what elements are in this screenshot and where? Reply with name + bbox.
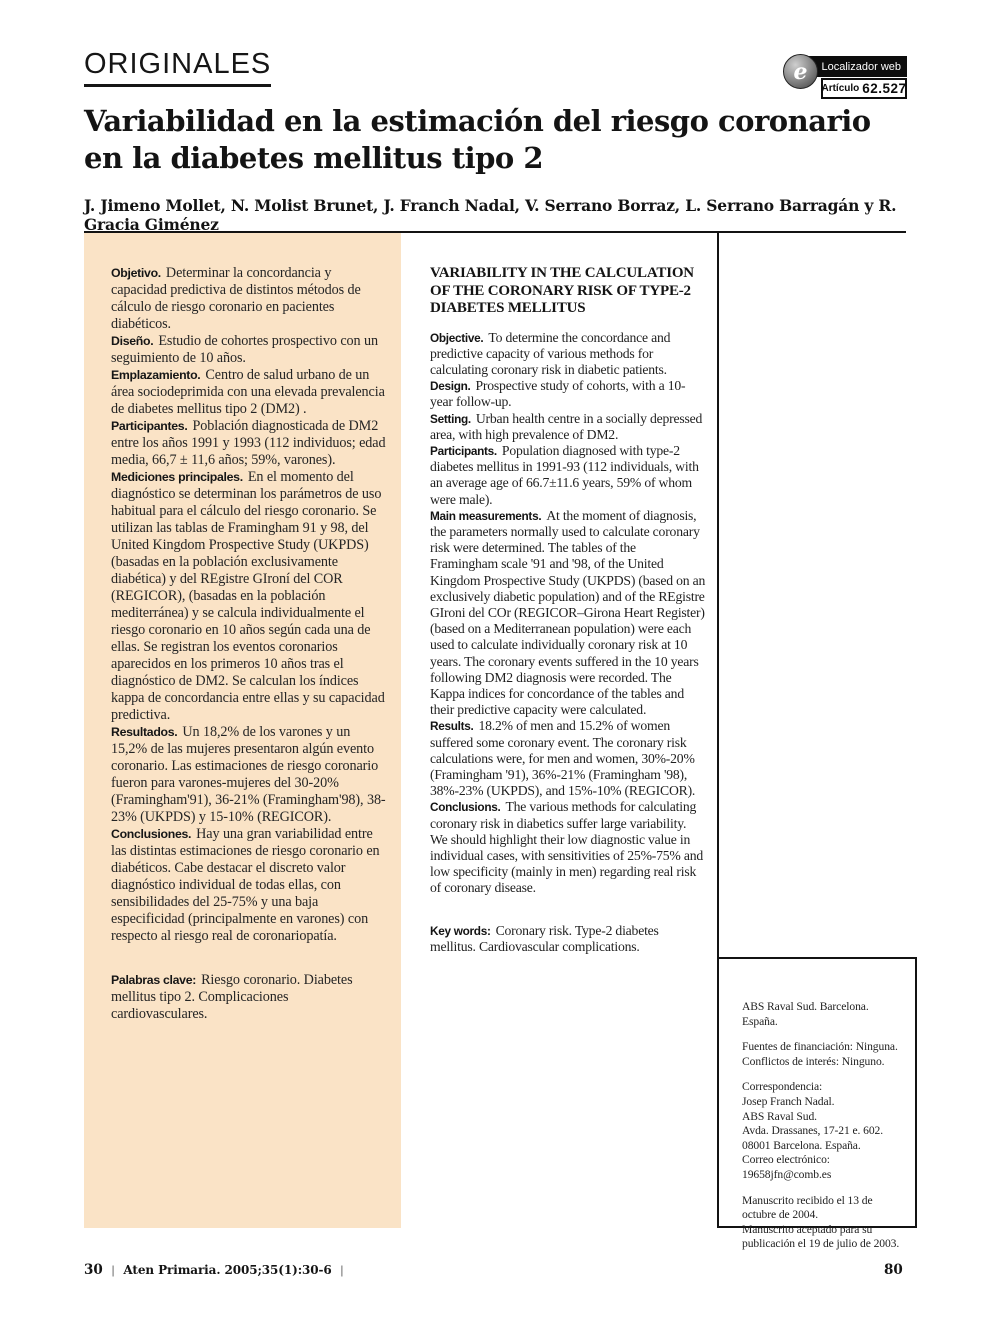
english-abstract: VARIABILITY IN THE CALCULATION OF THE CO…: [430, 233, 706, 955]
section-label: Main measurements.: [430, 509, 546, 523]
abstract-section: Setting.Urban health centre in a sociall…: [430, 411, 706, 443]
e-globe-icon: e: [783, 54, 818, 89]
abstract-section: Results.18.2% of men and 15.2% of women …: [430, 718, 706, 799]
correspondence-paragraph: ABS Raval Sud. Barcelona. España.: [742, 1000, 907, 1029]
localizador-web-bar: Localizador web: [803, 56, 907, 77]
section-text: Hay una gran variabilidad entre las dist…: [111, 826, 380, 944]
web-locator-badge: e Localizador web Artículo 62.527: [783, 52, 909, 98]
section-label: Resultados.: [111, 725, 182, 739]
keywords-label: Palabras clave:: [111, 973, 201, 987]
section-text: At the moment of diagnosis, the paramete…: [430, 508, 705, 717]
article-title: Variabilidad en la estimación del riesgo…: [84, 103, 904, 177]
article-title-line1: Variabilidad en la estimación del riesgo…: [84, 103, 904, 140]
english-abstract-sections: Objective.To determine the concordance a…: [430, 330, 706, 897]
authors-line: J. Jimeno Mollet, N. Molist Brunet, J. F…: [84, 196, 914, 234]
abstract-section: Participants.Population diagnosed with t…: [430, 443, 706, 508]
abstract-section: Mediciones principales.En el momento del…: [111, 469, 387, 724]
section-label: Diseño.: [111, 334, 158, 348]
footer-left: 30 | Aten Primaria. 2005;35(1):30-6 |: [84, 1262, 352, 1278]
section-label: Objective.: [430, 331, 488, 345]
section-label: Conclusions.: [430, 800, 505, 814]
section-label: Results.: [430, 719, 479, 733]
article-number-box: Artículo 62.527: [821, 78, 907, 99]
abstract-section: Objetivo.Determinar la concordancia y ca…: [111, 265, 387, 333]
abstract-section: Conclusiones.Hay una gran variabilidad e…: [111, 826, 387, 945]
english-keywords: Key words:Coronary risk. Type-2 diabetes…: [430, 923, 706, 955]
article-title-line2: en la diabetes mellitus tipo 2: [84, 140, 904, 177]
spanish-abstract-sections: Objetivo.Determinar la concordancia y ca…: [111, 265, 387, 945]
correspondence-paragraph: Correspondencia: Josep Franch Nadal. ABS…: [742, 1080, 907, 1182]
section-label: Conclusiones.: [111, 827, 196, 841]
correspondence-box: ABS Raval Sud. Barcelona. España. Fuente…: [717, 957, 917, 1228]
journal-page: ORIGINALES e Localizador web Artículo 62…: [0, 0, 987, 1318]
correspondence-paragraph: Fuentes de financiación: Ninguna. Confli…: [742, 1040, 907, 1069]
section-label: Participants.: [430, 444, 502, 458]
section-label: Mediciones principales.: [111, 470, 248, 484]
abstract-section: Conclusions.The various methods for calc…: [430, 799, 706, 896]
keywords-label: Key words:: [430, 924, 496, 938]
english-abstract-title: VARIABILITY IN THE CALCULATION OF THE CO…: [430, 265, 706, 318]
correspondence-paragraph: Manuscrito recibido el 13 de octubre de …: [742, 1194, 907, 1252]
section-label: Participantes.: [111, 419, 192, 433]
section-label: Setting.: [430, 412, 476, 426]
abstract-section: Emplazamiento.Centro de salud urbano de …: [111, 367, 387, 418]
article-number: 62.527: [862, 81, 906, 96]
section-label: Objetivo.: [111, 266, 166, 280]
section-kicker: ORIGINALES: [84, 50, 271, 87]
abstract-section: Resultados.Un 18,2% de los varones y un …: [111, 724, 387, 826]
footer-citation: Aten Primaria. 2005;35(1):30-6: [123, 1263, 331, 1277]
section-label: Emplazamiento.: [111, 368, 205, 382]
e-globe-letter: e: [794, 61, 808, 83]
abstract-section: Diseño.Estudio de cohortes prospectivo c…: [111, 333, 387, 367]
spanish-keywords: Palabras clave:Riesgo coronario. Diabete…: [111, 972, 387, 1023]
footer-separator: |: [112, 1262, 115, 1278]
article-label: Artículo: [821, 83, 859, 94]
footer-page-number: 30: [84, 1262, 103, 1278]
abstract-section: Participantes.Población diagnosticada de…: [111, 418, 387, 469]
footer-folio: 80: [884, 1262, 903, 1278]
abstract-section: Main measurements.At the moment of diagn…: [430, 508, 706, 719]
spanish-abstract: Objetivo.Determinar la concordancia y ca…: [84, 233, 401, 1228]
footer-separator: |: [341, 1262, 344, 1278]
section-text: Un 18,2% de los varones y un 15,2% de la…: [111, 724, 386, 825]
section-text: En el momento del diagnóstico se determi…: [111, 469, 385, 723]
abstract-section: Objective.To determine the concordance a…: [430, 330, 706, 379]
section-label: Design.: [430, 379, 476, 393]
abstract-section: Design.Prospective study of cohorts, wit…: [430, 378, 706, 410]
